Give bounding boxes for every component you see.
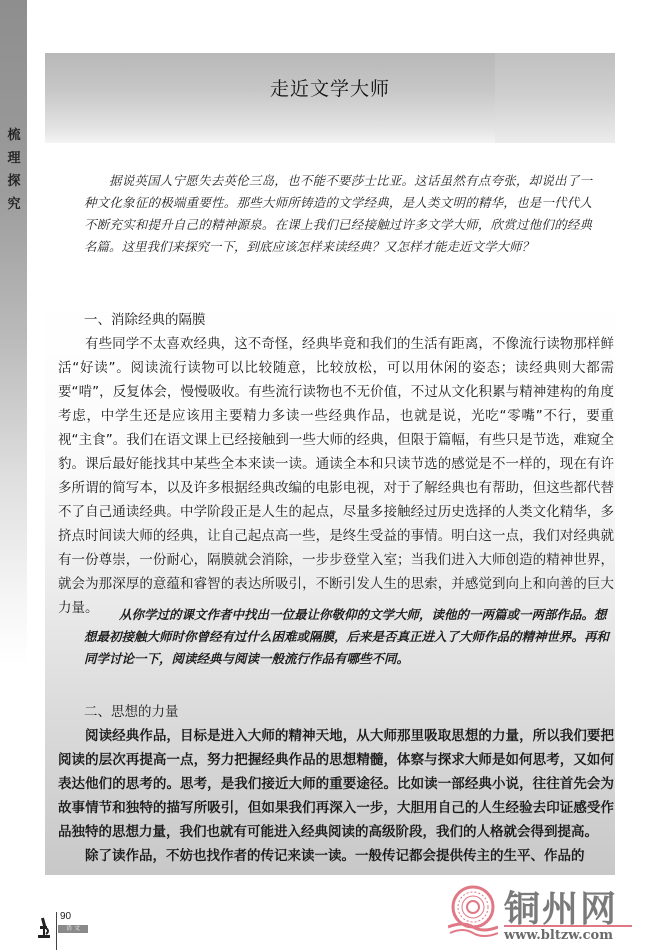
activity-prompt-text: 从你学过的课文作者中找出一位最让你敬仰的文学大师，读他的一两篇或一两部作品。想想… <box>84 604 609 670</box>
watermark-logo-icon <box>448 885 498 940</box>
section-1-paragraph: 有些同学不太喜欢经典，这不奇怪，经典毕竟和我们的生活有距离，不像流行读物那样鲜活… <box>58 332 614 620</box>
side-tab-char: 究 <box>5 197 23 213</box>
side-tab-char: 理 <box>5 151 23 167</box>
side-tab-label: 梳 理 探 究 <box>5 128 23 213</box>
section-1: 一、消除经典的隔膜 有些同学不太喜欢经典，这不奇怪，经典毕竟和我们的生活有距离，… <box>84 308 614 620</box>
watermark: 铜州网 www.bltzw.com <box>448 885 648 945</box>
section-2-paragraph: 除了读作品，不妨也找作者的传记来读一读。一般传记都会提供传主的生平、作品的 <box>58 844 614 868</box>
section-2-paragraph: 阅读经典作品，目标是进入大师的精神天地，从大师那里吸取思想的力量，所以我们要把阅… <box>58 724 614 844</box>
subject-tag: 语 文 <box>58 925 88 933</box>
intro-block: 据说英国人宁愿失去英伦三岛，也不能不要莎士比亚。这话虽然有点夸张，却说出了一种文… <box>84 170 592 258</box>
section-1-heading: 一、消除经典的隔膜 <box>84 308 614 332</box>
footer-divider <box>56 912 57 950</box>
section-2: 二、思想的力量 阅读经典作品，目标是进入大师的精神天地，从大师那里吸取思想的力量… <box>84 700 614 868</box>
side-tab-char: 探 <box>5 174 23 190</box>
section-2-heading: 二、思想的力量 <box>84 700 614 724</box>
side-tab-char: 梳 <box>5 128 23 144</box>
microscope-icon <box>37 917 51 939</box>
watermark-url: www.bltzw.com <box>504 925 632 943</box>
activity-prompt: 从你学过的课文作者中找出一位最让你敬仰的文学大师，读他的一两篇或一两部作品。想想… <box>84 604 609 670</box>
page-title: 走近文学大师 <box>45 74 615 101</box>
page-number: 90 <box>60 911 71 922</box>
intro-paragraph: 据说英国人宁愿失去英伦三岛，也不能不要莎士比亚。这话虽然有点夸张，却说出了一种文… <box>84 170 592 258</box>
